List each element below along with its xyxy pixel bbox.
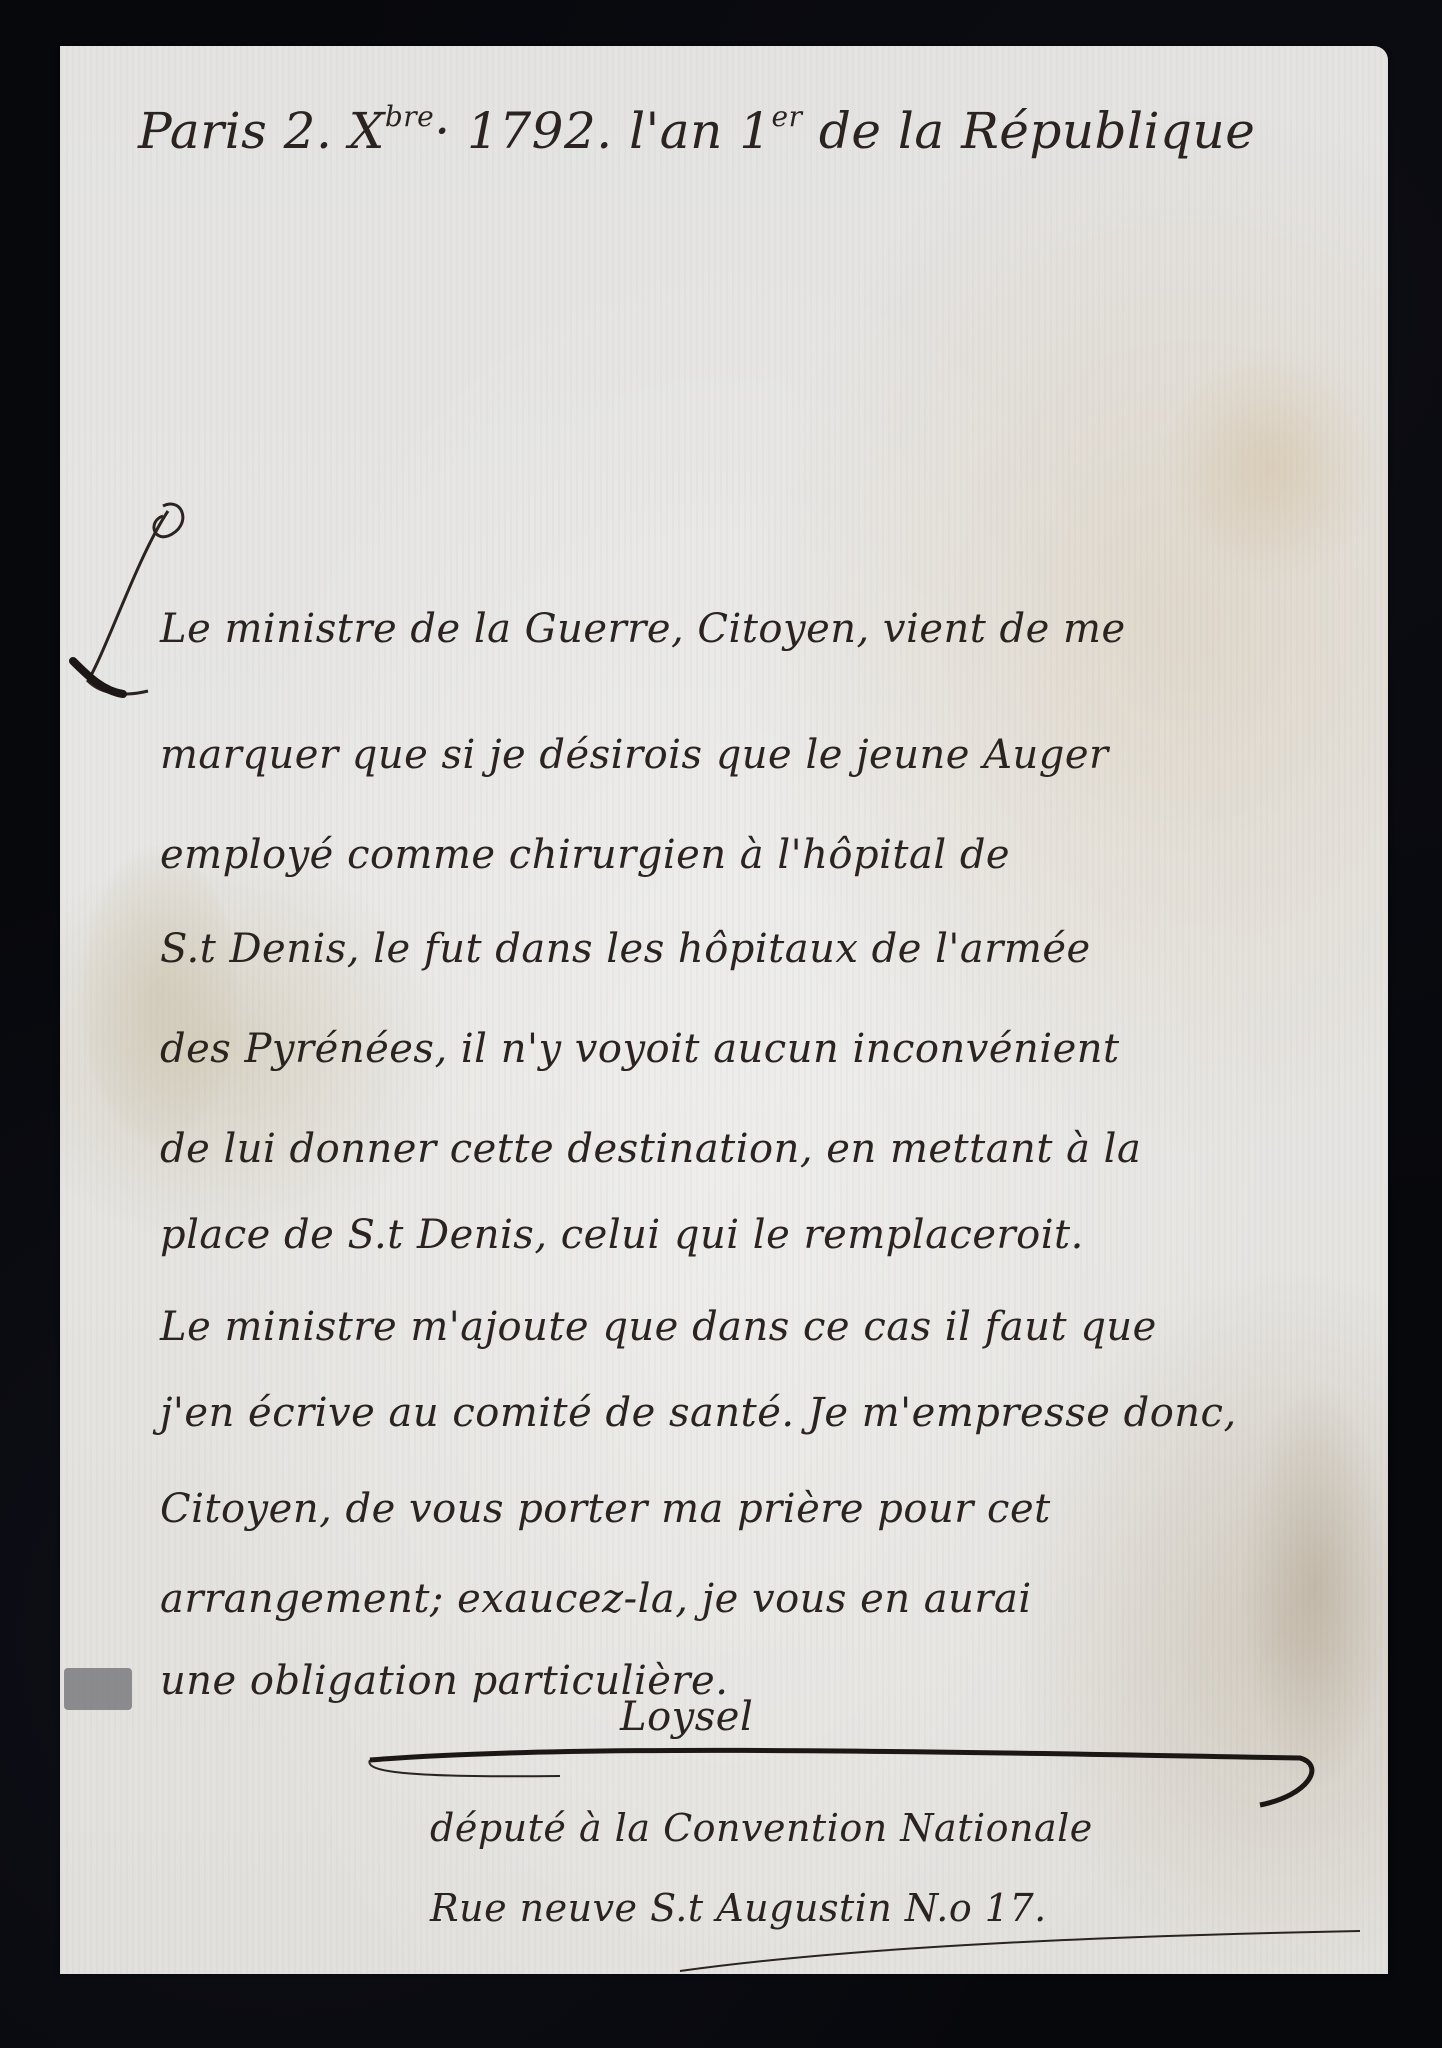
- dateline-place: Paris 2. X: [138, 102, 385, 160]
- body-line-8: Le ministre m'ajoute que dans ce cas il …: [160, 1304, 1157, 1350]
- water-stain-left: [80, 846, 240, 1146]
- body-line-6: de lui donner cette destination, en mett…: [160, 1126, 1141, 1172]
- foxing-stain-bottom-right: [1240, 1376, 1390, 1796]
- body-line-10: Citoyen, de vous porter ma prière pour c…: [160, 1486, 1051, 1532]
- dateline-ordinal-sup: er: [772, 100, 803, 133]
- closing-flourish-icon: [660, 1906, 1380, 1986]
- body-line-11: arrangement; exaucez-la, je vous en aura…: [160, 1576, 1032, 1622]
- signer-title: député à la Convention Nationale: [430, 1806, 1093, 1850]
- letter-paper: Paris 2. Xbre· 1792. l'an 1er de la Répu…: [60, 46, 1388, 1974]
- foxing-stain-top-right: [1160, 346, 1380, 586]
- body-line-1: Le ministre de la Guerre, Citoyen, vient…: [160, 606, 1126, 652]
- dateline: Paris 2. Xbre· 1792. l'an 1er de la Répu…: [138, 100, 1255, 160]
- body-line-2: marquer que si je désirois que le jeune …: [160, 732, 1109, 778]
- body-line-3: employé comme chirurgien à l'hôpital de: [160, 832, 1010, 878]
- dateline-year: · 1792. l'an 1: [434, 102, 771, 160]
- body-line-7: place de S.t Denis, celui qui le remplac…: [160, 1212, 1084, 1258]
- grey-repair-patch: [64, 1668, 132, 1710]
- signature-paraph-icon: [360, 1740, 1320, 1810]
- signature: Loysel: [620, 1694, 753, 1740]
- body-line-4: S.t Denis, le fut dans les hôpitaux de l…: [160, 926, 1091, 972]
- dateline-tail: de la République: [803, 102, 1256, 160]
- dateline-month-sup: bre: [385, 100, 434, 133]
- initial-l-flourish-icon: [68, 496, 198, 706]
- body-line-5: des Pyrénées, il n'y voyoit aucun inconv…: [160, 1026, 1120, 1072]
- body-line-9: j'en écrive au comité de santé. Je m'emp…: [160, 1390, 1237, 1436]
